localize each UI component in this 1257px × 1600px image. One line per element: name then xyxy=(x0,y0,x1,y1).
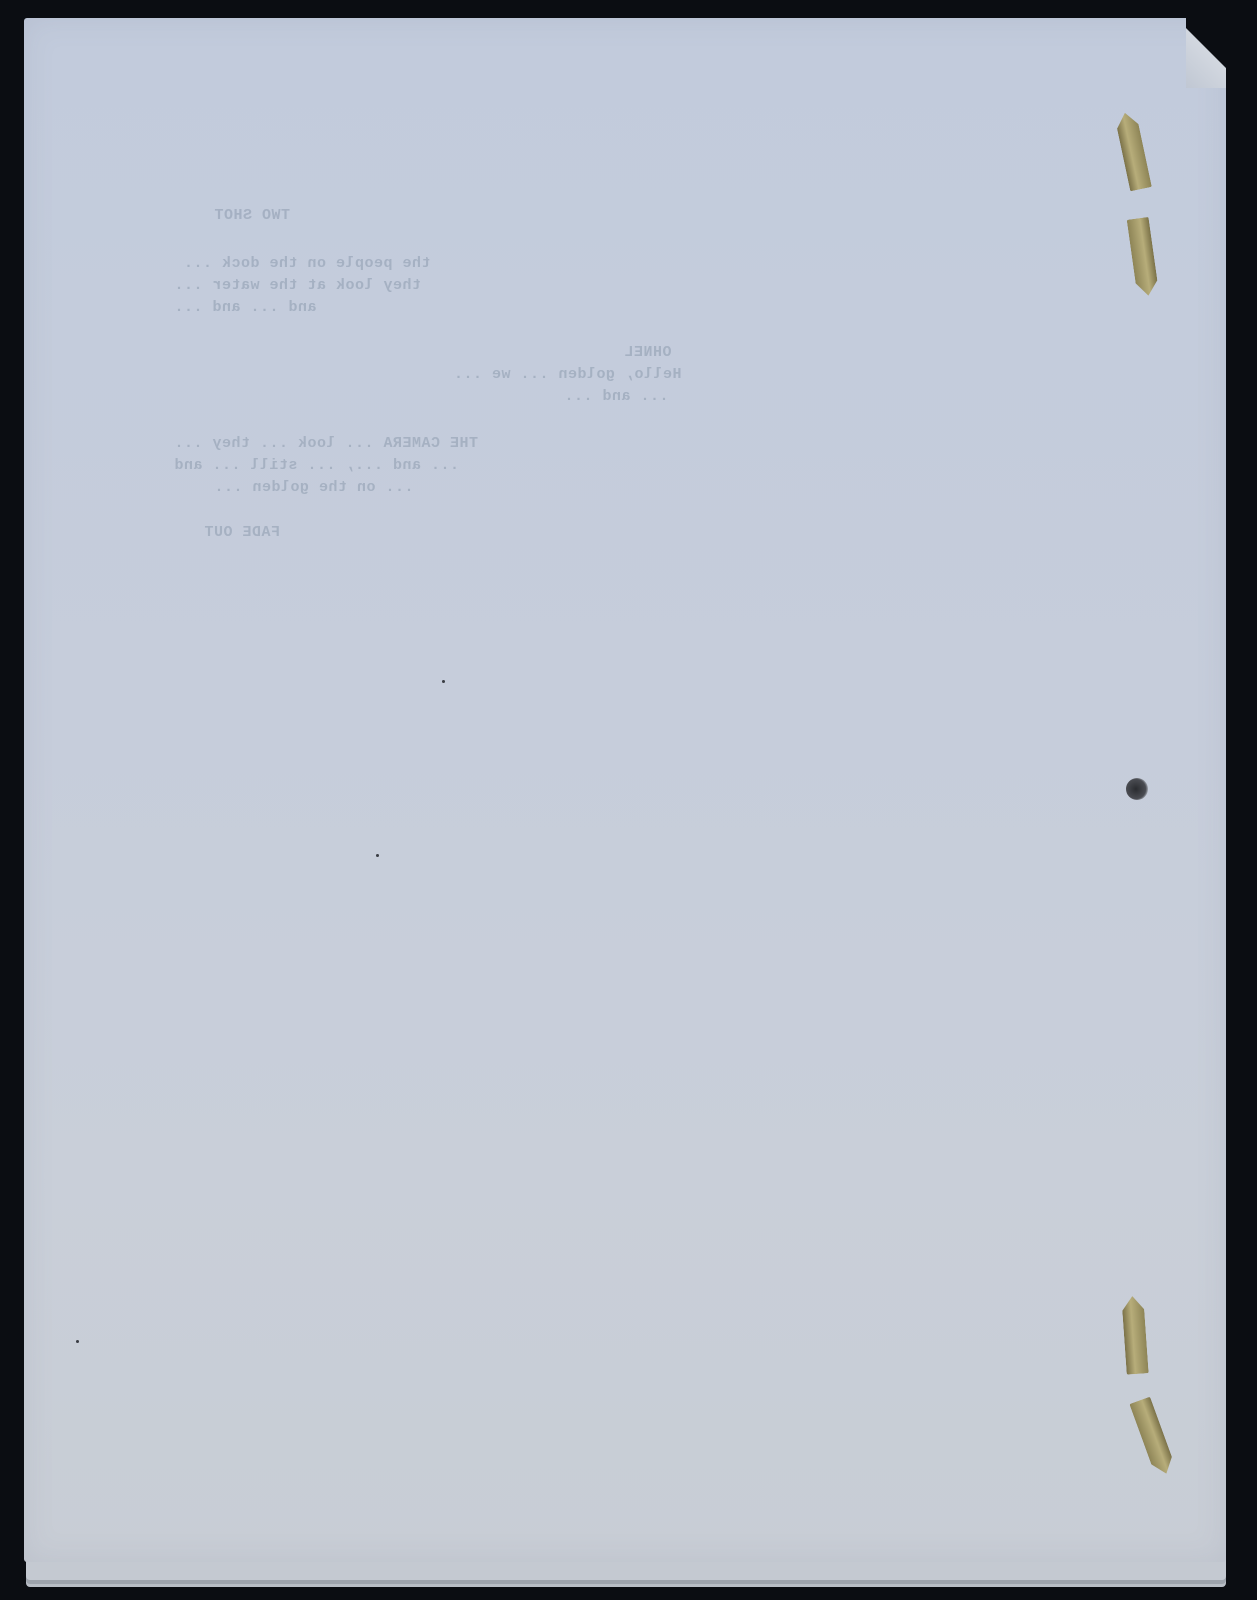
bleed-line: ... and ... xyxy=(564,387,669,407)
bleed-line: OHNEL xyxy=(624,343,672,363)
bleed-line: THE CAMERA ... look ... they ... xyxy=(174,434,478,454)
paper-speck xyxy=(442,680,445,683)
bleed-line: FADE OUT xyxy=(204,523,280,543)
paper-speck xyxy=(376,854,379,857)
bleed-line: TWO SHOT xyxy=(214,206,290,226)
paper-speck xyxy=(76,1340,79,1343)
punch-hole xyxy=(1126,778,1148,800)
folded-corner xyxy=(1186,18,1226,88)
bleed-line: ... on the golden ... xyxy=(214,478,414,498)
bleed-line: they look at the water ... xyxy=(174,276,421,296)
script-page: TWO SHOT the people on the dock ... they… xyxy=(24,18,1226,1562)
bleed-line: the people on the dock ... xyxy=(174,254,431,274)
bleed-line: ... and ..., ... still ... and xyxy=(174,456,459,476)
bleed-line: Hello, golden ... we ... xyxy=(444,365,682,385)
bleed-line: and ... and ... xyxy=(174,298,317,318)
